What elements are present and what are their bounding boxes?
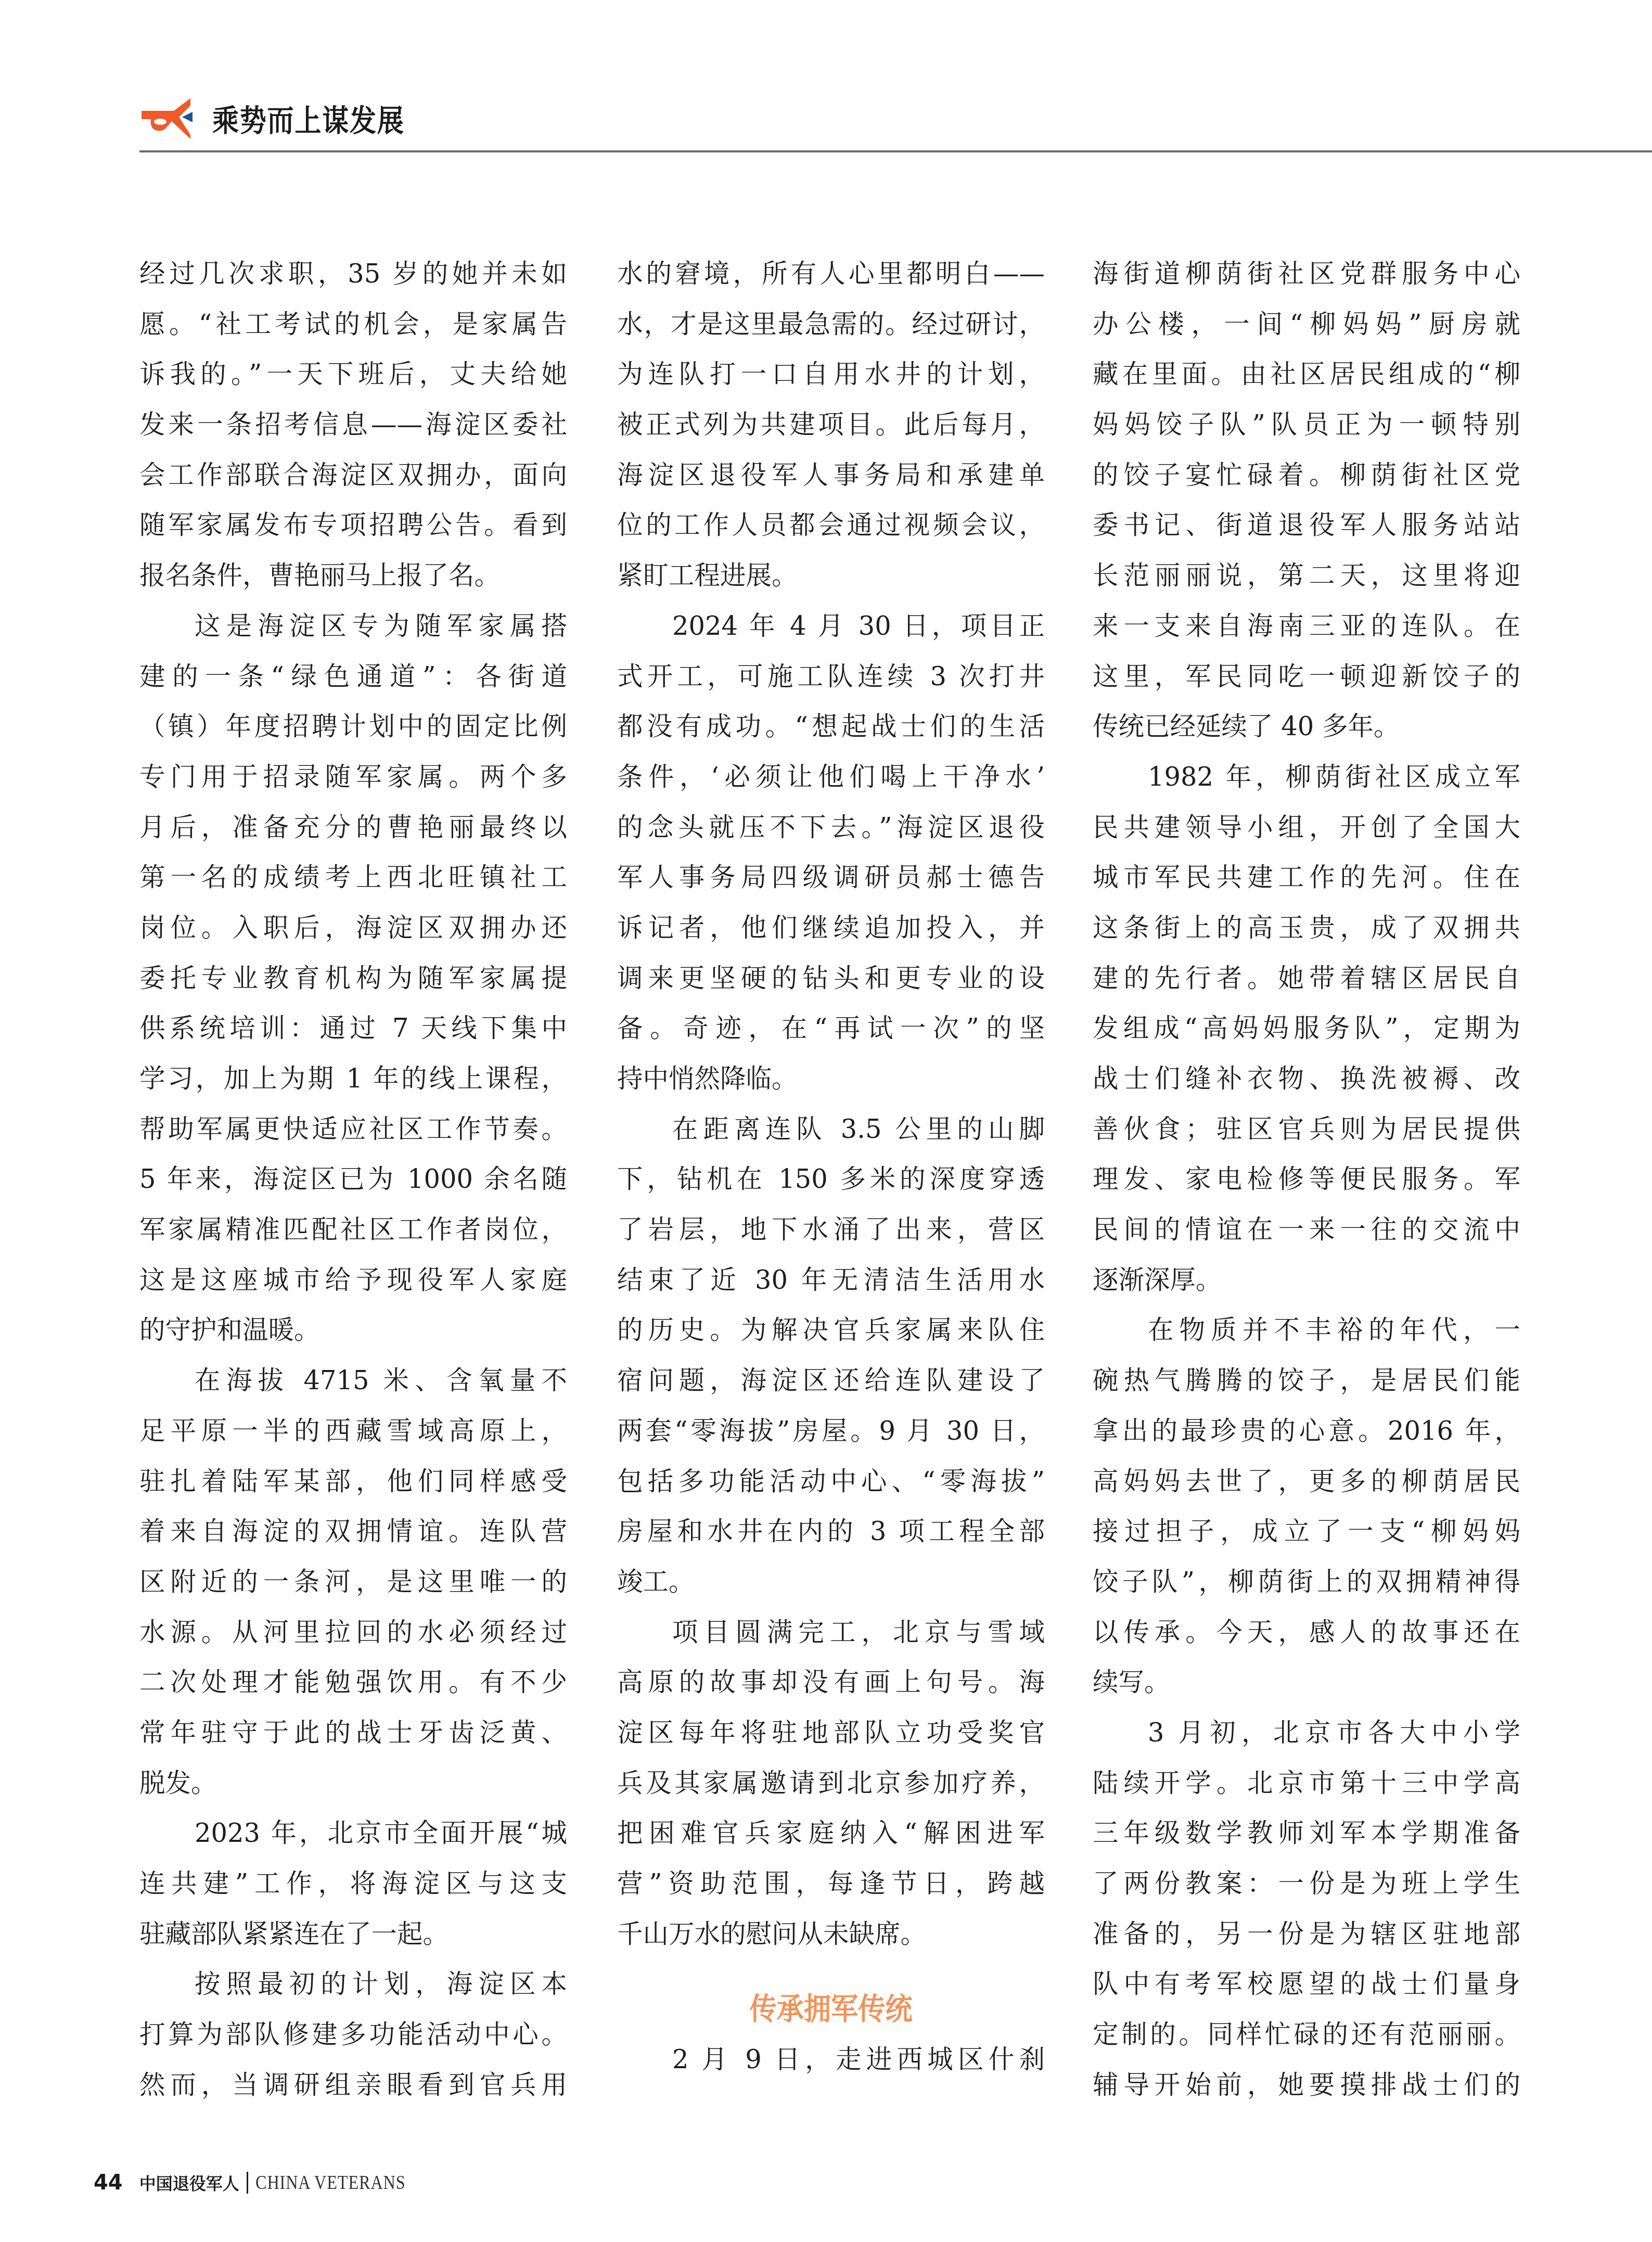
header-divider <box>139 150 1652 152</box>
text-line: 3 月初，北京市各大中小学 <box>1093 1708 1520 1758</box>
text-line: 的念头就压不下去。”海淀区退役 <box>617 802 1045 853</box>
text-line: 两套“零海拔”房屋。9 月 30 日， <box>617 1406 1045 1456</box>
text-line: 来一支来自海南三亚的连队。在 <box>1093 601 1520 651</box>
text-line: 接过担子，成立了一支“柳妈妈 <box>1093 1506 1520 1557</box>
text-line: 千山万水的慰问从未缺席。 <box>617 1909 1045 1959</box>
text-line: 这条街上的高玉贵，成了双拥共 <box>1093 903 1520 953</box>
text-line: 驻藏部队紧紧连在了一起。 <box>139 1909 567 1959</box>
text-line: 区附近的一条河，是这里唯一的 <box>139 1557 567 1607</box>
text-line: 藏在里面。由社区居民组成的“柳 <box>1093 349 1520 400</box>
text-line: 位的工作人员都会通过视频会议， <box>617 500 1045 550</box>
text-line: 持中悄然降临。 <box>617 1054 1045 1104</box>
text-line: 把困难官兵家庭纳入“解困进军 <box>617 1808 1045 1859</box>
text-line: 逐渐深厚。 <box>1093 1255 1520 1305</box>
text-line: 被正式列为共建项目。此后每月， <box>617 400 1045 450</box>
text-line: 陆续开学。北京市第十三中学高 <box>1093 1758 1520 1809</box>
text-line: 民共建领导小组，开创了全国大 <box>1093 802 1520 853</box>
text-line: 准备的，另一份是为辖区驻地部 <box>1093 1909 1520 1959</box>
text-line: 驻扎着陆军某部，他们同样感受 <box>139 1456 567 1507</box>
text-line: 水的窘境，所有人心里都明白—— <box>617 249 1045 299</box>
text-line: 战士们缝补衣物、换洗被褥、改 <box>1093 1054 1520 1104</box>
text-line: 发来一条招考信息——海淀区委社 <box>139 400 567 450</box>
text-line: 水，才是这里最急需的。经过研讨， <box>617 299 1045 350</box>
text-line: 建的一条“绿色通道”：各街道 <box>139 651 567 702</box>
text-line: 会工作部联合海淀区双拥办，面向 <box>139 450 567 501</box>
text-line: 建的先行者。她带着辖区居民自 <box>1093 953 1520 1004</box>
text-line: 委书记、街道退役军人服务站站 <box>1093 500 1520 550</box>
text-line: 下，钻机在 150 多米的深度穿透 <box>617 1154 1045 1205</box>
text-line: 宿问题，海淀区还给连队建设了 <box>617 1355 1045 1406</box>
text-line: 定制的。同样忙碌的还有范丽丽。 <box>1093 2009 1520 2060</box>
text-line: 岗位。入职后，海淀区双拥办还 <box>139 903 567 953</box>
text-line: 按照最初的计划，海淀区本 <box>139 1959 567 2009</box>
text-line: 连共建”工作，将海淀区与这支 <box>139 1859 567 1909</box>
text-line: 备。奇迹，在“再试一次”的坚 <box>617 1003 1045 1054</box>
footer-separator <box>247 2172 248 2194</box>
text-line: 拿出的最珍贵的心意。2016 年， <box>1093 1406 1520 1456</box>
text-line: 妈妈饺子队”队员正为一顿特别 <box>1093 400 1520 450</box>
article-column-1: 经过几次求职，35 岁的她并未如愿。“社工考试的机会，是家属告诉我的。”一天下班… <box>139 249 567 2110</box>
text-line: 传统已经延续了 40 多年。 <box>1093 701 1520 752</box>
text-line: 高妈妈去世了，更多的柳荫居民 <box>1093 1456 1520 1507</box>
text-line: 报名条件，曹艳丽马上报了名。 <box>139 550 567 601</box>
text-line: 第一名的成绩考上西北旺镇社工 <box>139 852 567 903</box>
text-line: 紧盯工程进展。 <box>617 550 1045 601</box>
text-line: 队中有考军校愿望的战士们量身 <box>1093 1959 1520 2009</box>
text-line: 二次处理才能勉强饮用。有不少 <box>139 1657 567 1708</box>
text-line: 辅导开始前，她要摸排战士们的 <box>1093 2060 1520 2110</box>
text-line: 善伙食；驻区官兵则为居民提供 <box>1093 1104 1520 1155</box>
text-line: 学习，加上为期 1 年的线上课程， <box>139 1054 567 1104</box>
text-line: 足平原一半的西藏雪域高原上， <box>139 1406 567 1456</box>
text-line: 2 月 9 日，走进西城区什刹 <box>617 2034 1045 2085</box>
text-line: 以传承。今天，感人的故事还在 <box>1093 1607 1520 1658</box>
text-line: 海淀区退役军人事务局和承建单 <box>617 450 1045 501</box>
text-line: 2023 年，北京市全面开展“城 <box>139 1808 567 1859</box>
text-line: 供系统培训：通过 7 天线下集中 <box>139 1003 567 1054</box>
page-footer: 44 中国退役军人 CHINA VETERANS <box>94 2164 432 2201</box>
text-line: 经过几次求职，35 岁的她并未如 <box>139 249 567 299</box>
text-line: 房屋和水井在内的 3 项工程全部 <box>617 1506 1045 1557</box>
text-line: 都没有成功。“想起战士们的生活 <box>617 701 1045 752</box>
text-line: （镇）年度招聘计划中的固定比例 <box>139 701 567 752</box>
text-line: 水源。从河里拉回的水必须经过 <box>139 1607 567 1658</box>
text-line: 着来自海淀的双拥情谊。连队营 <box>139 1506 567 1557</box>
text-line: 高原的故事却没有画上句号。海 <box>617 1657 1045 1708</box>
text-line: 海街道柳荫街社区党群服务中心 <box>1093 249 1520 299</box>
text-line: 这是这座城市给予现役军人家庭 <box>139 1255 567 1305</box>
text-line: 兵及其家属邀请到北京参加疗养， <box>617 1758 1045 1809</box>
text-line: 的守护和温暖。 <box>139 1305 567 1355</box>
text-line: 长范丽丽说，第二天，这里将迎 <box>1093 550 1520 601</box>
text-line: 诉记者，他们继续追加投入，并 <box>617 903 1045 953</box>
text-line: 愿。“社工考试的机会，是家属告 <box>139 299 567 350</box>
section-title: 乘势而上谋发展 <box>212 96 405 140</box>
text-line: 5 年来，海淀区已为 1000 余名随 <box>139 1154 567 1205</box>
text-line: 式开工，可施工队连续 3 次打井 <box>617 651 1045 702</box>
text-line: 为连队打一口自用水井的计划， <box>617 349 1045 400</box>
text-line: 月后，准备充分的曹艳丽最终以 <box>139 802 567 853</box>
page-number: 44 <box>94 2171 123 2195</box>
text-line: 的历史。为解决官兵家属来队住 <box>617 1305 1045 1355</box>
magazine-name-cn: 中国退役军人 <box>139 2171 239 2195</box>
text-line: 城市军民共建工作的先河。住在 <box>1093 852 1520 903</box>
section-subheading: 传承拥军传统 <box>638 1984 1023 2034</box>
text-line: 淀区每年将驻地部队立功受奖官 <box>617 1708 1045 1758</box>
text-line: 了两份教案：一份是为班上学生 <box>1093 1859 1520 1909</box>
text-line: 2024 年 4 月 30 日，项目正 <box>617 601 1045 651</box>
text-line: 在距离连队 3.5 公里的山脚 <box>617 1104 1045 1155</box>
text-line: 饺子队”，柳荫街上的双拥精神得 <box>1093 1557 1520 1607</box>
text-line: 理发、家电检修等便民服务。军 <box>1093 1154 1520 1205</box>
text-line: 随军家属发布专项招聘公告。看到 <box>139 500 567 550</box>
article-column-2: 水的窘境，所有人心里都明白——水，才是这里最急需的。经过研讨，为连队打一口自用水… <box>617 249 1045 2085</box>
text-line: 打算为部队修建多功能活动中心。 <box>139 2009 567 2060</box>
text-line: 营”资助范围，每逢节日，跨越 <box>617 1859 1045 1909</box>
text-line: 发组成“高妈妈服务队”，定期为 <box>1093 1003 1520 1054</box>
text-line: 项目圆满完工，北京与雪域 <box>617 1607 1045 1658</box>
text-line: 碗热气腾腾的饺子，是居民们能 <box>1093 1355 1520 1406</box>
text-line: 专门用于招录随军家属。两个多 <box>139 752 567 802</box>
text-line: 包括多功能活动中心、“零海拔” <box>617 1456 1045 1507</box>
text-line: 了岩层，地下水涌了出来，营区 <box>617 1205 1045 1255</box>
text-line: 三年级数学教师刘军本学期准备 <box>1093 1808 1520 1859</box>
text-line: 在物质并不丰裕的年代，一 <box>1093 1305 1520 1355</box>
text-line: 1982 年，柳荫街社区成立军 <box>1093 752 1520 802</box>
text-line: 委托专业教育机构为随军家属提 <box>139 953 567 1004</box>
magazine-name-en: CHINA VETERANS <box>255 2171 406 2194</box>
section-header: 乘势而上谋发展 <box>139 89 431 147</box>
bugle-star-logo-icon <box>139 97 197 139</box>
text-line: 结束了近 30 年无清洁生活用水 <box>617 1255 1045 1305</box>
text-line: 常年驻守于此的战士牙齿泛黄、 <box>139 1708 567 1758</box>
text-line: 的饺子宴忙碌着。柳荫街社区党 <box>1093 450 1520 501</box>
text-line: 军人事务局四级调研员郝士德告 <box>617 852 1045 903</box>
text-line: 这里，军民同吃一顿迎新饺子的 <box>1093 651 1520 702</box>
text-line: 在海拔 4715 米、含氧量不 <box>139 1355 567 1406</box>
article-column-3: 海街道柳荫街社区党群服务中心办公楼，一间“柳妈妈”厨房就藏在里面。由社区居民组成… <box>1093 249 1520 2110</box>
text-line: 军家属精准匹配社区工作者岗位， <box>139 1205 567 1255</box>
text-line: 诉我的。”一天下班后，丈夫给她 <box>139 349 567 400</box>
text-line: 帮助军属更快适应社区工作节奏。 <box>139 1104 567 1155</box>
text-line: 竣工。 <box>617 1557 1045 1607</box>
text-line: 民间的情谊在一来一往的交流中 <box>1093 1205 1520 1255</box>
text-line: 办公楼，一间“柳妈妈”厨房就 <box>1093 299 1520 350</box>
text-line: 脱发。 <box>139 1758 567 1809</box>
text-line: 然而，当调研组亲眼看到官兵用 <box>139 2060 567 2110</box>
text-line: 这是海淀区专为随军家属搭 <box>139 601 567 651</box>
text-line: 条件，‘必须让他们喝上干净水’ <box>617 752 1045 802</box>
text-line: 调来更坚硬的钻头和更专业的设 <box>617 953 1045 1004</box>
text-line: 续写。 <box>1093 1657 1520 1708</box>
